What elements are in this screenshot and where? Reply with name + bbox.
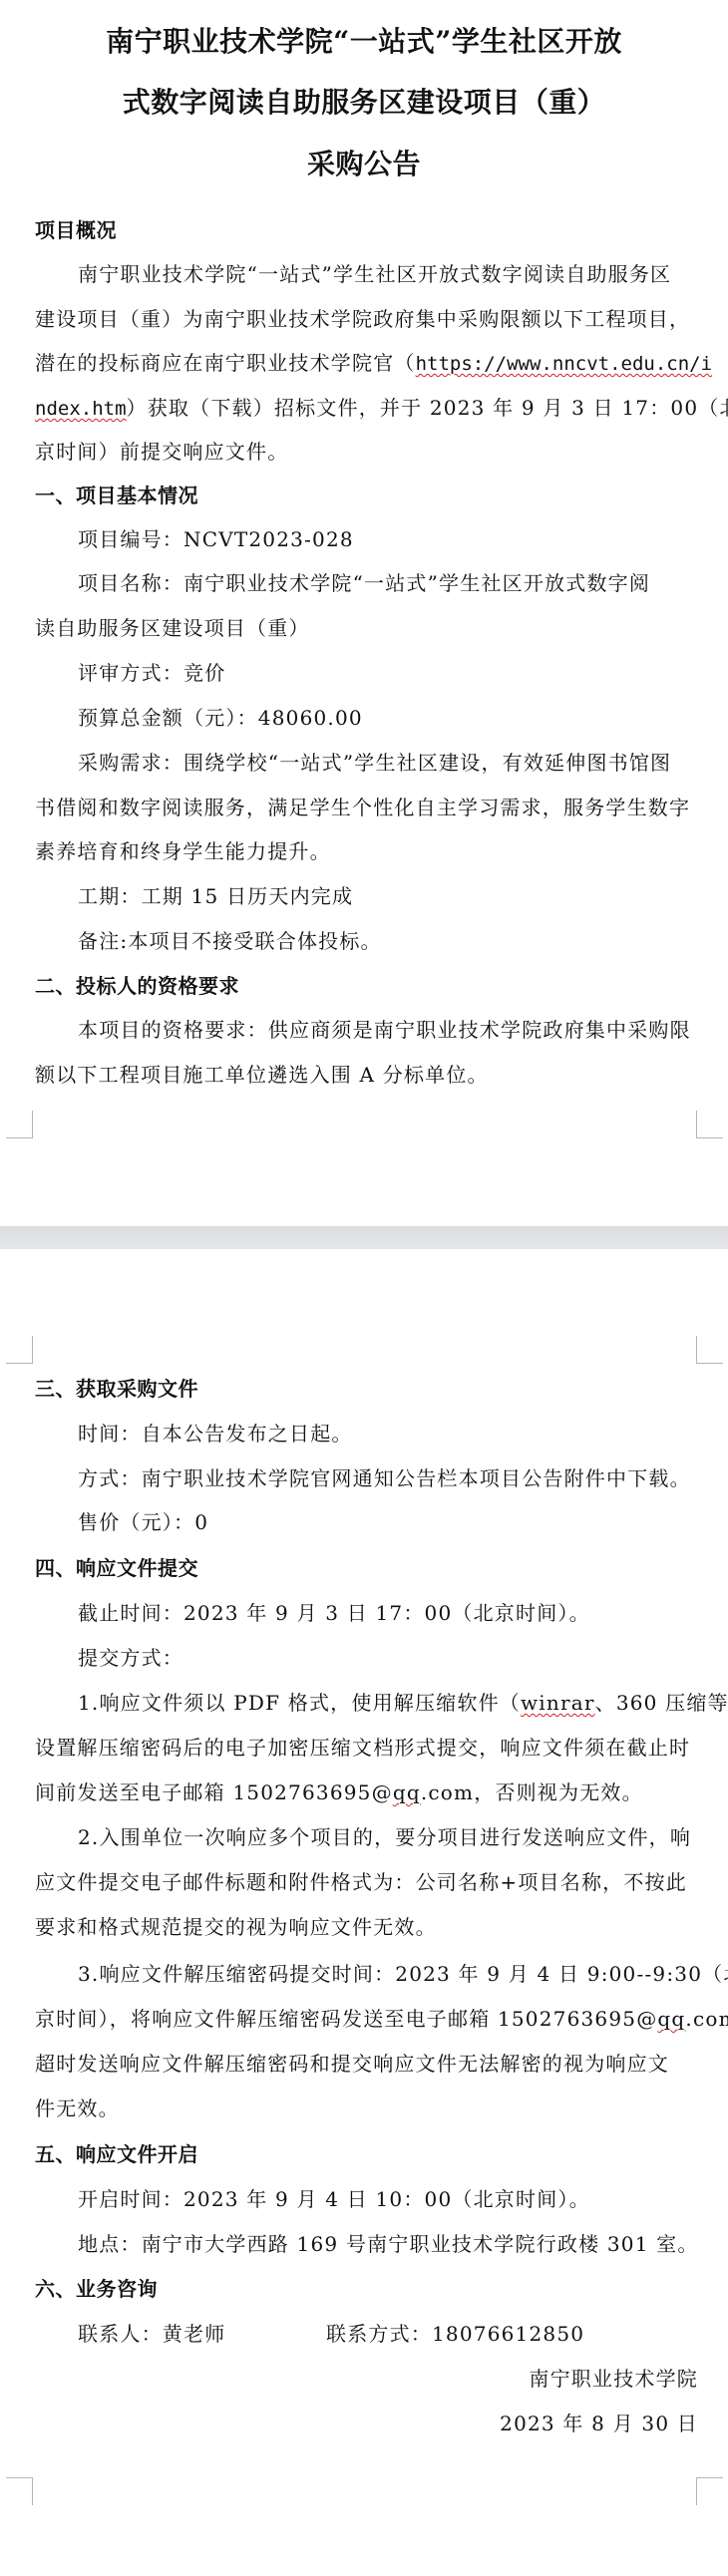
overview-paragraph-line: ndex.htm）获取（下载）招标文件，并于 2023 年 9 月 3 日 17…: [35, 398, 728, 419]
opening-time: 开启时间：2023 年 9 月 4 日 10：00（北京时间）。: [78, 2189, 590, 2209]
overview-heading: 项目概况: [35, 220, 117, 240]
submission-item-3-line: 超时发送响应文件解压缩密码和提交响应文件无法解密的视为响应文: [35, 2054, 669, 2074]
submission-item-2-line: 应文件提交电子邮件标题和附件格式为：公司名称+项目名称，不按此: [35, 1872, 687, 1892]
page-corner-mark: [696, 1111, 723, 1138]
email-domain[interactable]: qq: [393, 1780, 421, 1804]
qualification-line: 额以下工程项目施工单位遴选入围 A 分标单位。: [35, 1065, 489, 1085]
submission-text: .com。: [685, 2007, 728, 2031]
page-break: [0, 1226, 728, 1249]
qualification-line: 本项目的资格要求：供应商须是南宁职业技术学院政府集中采购限: [78, 1020, 691, 1040]
submission-text: .com，否则视为无效。: [421, 1780, 643, 1804]
submission-text: 、360 压缩等）: [595, 1691, 728, 1715]
contact-person: 联系人：黄老师: [78, 2324, 225, 2344]
acquisition-time: 时间：自本公告发布之日起。: [78, 1424, 353, 1444]
submission-item-2-line: 2.入围单位一次响应多个项目的，要分项目进行发送响应文件，响: [78, 1827, 691, 1847]
section4-heading: 四、响应文件提交: [35, 1558, 198, 1578]
opening-location: 地点：南宁市大学西路 169 号南宁职业技术学院行政楼 301 室。: [78, 2234, 699, 2254]
section3-heading: 三、获取采购文件: [35, 1379, 198, 1399]
project-number: 项目编号：NCVT2023-028: [78, 529, 354, 549]
acquisition-method: 方式：南宁职业技术学院官网通知公告栏本项目公告附件中下载。: [78, 1468, 691, 1488]
submission-deadline: 截止时间：2023 年 9 月 3 日 17：00（北京时间）。: [78, 1603, 590, 1623]
project-name-line: 读自助服务区建设项目（重）: [35, 618, 310, 638]
section2-heading: 二、投标人的资格要求: [35, 976, 239, 996]
title-line-2: 式数字阅读自助服务区建设项目（重）: [0, 89, 728, 117]
submission-item-1-line: 1.响应文件须以 PDF 格式，使用解压缩软件（winrar、360 压缩等）: [78, 1693, 728, 1713]
page-corner-mark: [696, 1336, 723, 1364]
submission-item-2-line: 要求和格式规范提交的视为响应文件无效。: [35, 1917, 437, 1937]
submission-item-3-line: 3.响应文件解压缩密码提交时间：2023 年 9 月 4 日 9:00--9:3…: [78, 1964, 728, 1984]
submission-text: 京时间），将响应文件解压缩密码发送至电子邮箱 1502763695@: [35, 2007, 657, 2031]
overview-paragraph-line: 建设项目（重）为南宁职业技术学院政府集中采购限额以下工程项目，: [35, 309, 690, 329]
page-corner-mark: [6, 2477, 33, 2505]
overview-paragraph-line: 南宁职业技术学院“一站式”学生社区开放式数字阅读自助服务区: [78, 264, 671, 284]
signature-date: 2023 年 8 月 30 日: [500, 2414, 698, 2433]
submission-method-label: 提交方式：: [78, 1648, 183, 1668]
website-link[interactable]: https://www.nncvt.edu.cn/i: [416, 353, 712, 375]
section1-heading: 一、项目基本情况: [35, 485, 198, 505]
demand-line: 素养培育和终身学生能力提升。: [35, 841, 331, 861]
document-page-2: 三、获取采购文件 时间：自本公告发布之日起。 方式：南宁职业技术学院官网通知公告…: [0, 1249, 728, 2576]
document-price: 售价（元）：0: [78, 1512, 208, 1532]
overview-paragraph-line: 潜在的投标商应在南宁职业技术学院官（https://www.nncvt.edu.…: [35, 353, 712, 374]
contact-phone: 联系方式：18076612850: [326, 2324, 584, 2344]
software-name: winrar: [521, 1691, 595, 1715]
website-link[interactable]: ndex.htm: [35, 398, 127, 420]
page-corner-mark: [6, 1336, 33, 1364]
note: 备注:本项目不接受联合体投标。: [78, 931, 382, 951]
section6-heading: 六、业务咨询: [35, 2279, 158, 2299]
signature-organization: 南宁职业技术学院: [529, 2369, 698, 2389]
review-method: 评审方式：竞价: [78, 663, 225, 683]
submission-item-3-line: 京时间），将响应文件解压缩密码发送至电子邮箱 1502763695@qq.com…: [35, 2009, 728, 2029]
overview-paragraph-line: 京时间）前提交响应文件。: [35, 442, 288, 462]
duration: 工期：工期 15 日历天内完成: [78, 886, 353, 906]
budget-amount: 预算总金额（元）：48060.00: [78, 708, 363, 728]
submission-item-3-line: 件无效。: [35, 2098, 120, 2118]
title-line-3: 采购公告: [0, 151, 728, 178]
email-domain[interactable]: qq: [657, 2007, 685, 2031]
project-name-line: 项目名称：南宁职业技术学院“一站式”学生社区开放式数字阅: [78, 573, 650, 593]
submission-text: 间前发送至电子邮箱 1502763695@: [35, 1780, 393, 1804]
submission-item-1-line: 设置解压缩密码后的电子加密压缩文档形式提交，响应文件须在截止时: [35, 1738, 690, 1758]
demand-line: 书借阅和数字阅读服务，满足学生个性化自主学习需求，服务学生数字: [35, 798, 690, 817]
section5-heading: 五、响应文件开启: [35, 2144, 198, 2164]
overview-text: 潜在的投标商应在南宁职业技术学院官（: [35, 351, 416, 375]
page-corner-mark: [6, 1111, 33, 1138]
page-corner-mark: [696, 2477, 723, 2505]
submission-text: 1.响应文件须以 PDF 格式，使用解压缩软件（: [78, 1691, 521, 1715]
document-page-1: 南宁职业技术学院“一站式”学生社区开放 式数字阅读自助服务区建设项目（重） 采购…: [0, 0, 728, 1226]
title-line-1: 南宁职业技术学院“一站式”学生社区开放: [0, 28, 728, 56]
submission-item-1-line: 间前发送至电子邮箱 1502763695@qq.com，否则视为无效。: [35, 1782, 643, 1802]
overview-text: ）获取（下载）招标文件，并于 2023 年 9 月 3 日 17：00（北: [127, 396, 728, 420]
demand-line: 采购需求：围绕学校“一站式”学生社区建设，有效延伸图书馆图: [78, 753, 671, 773]
